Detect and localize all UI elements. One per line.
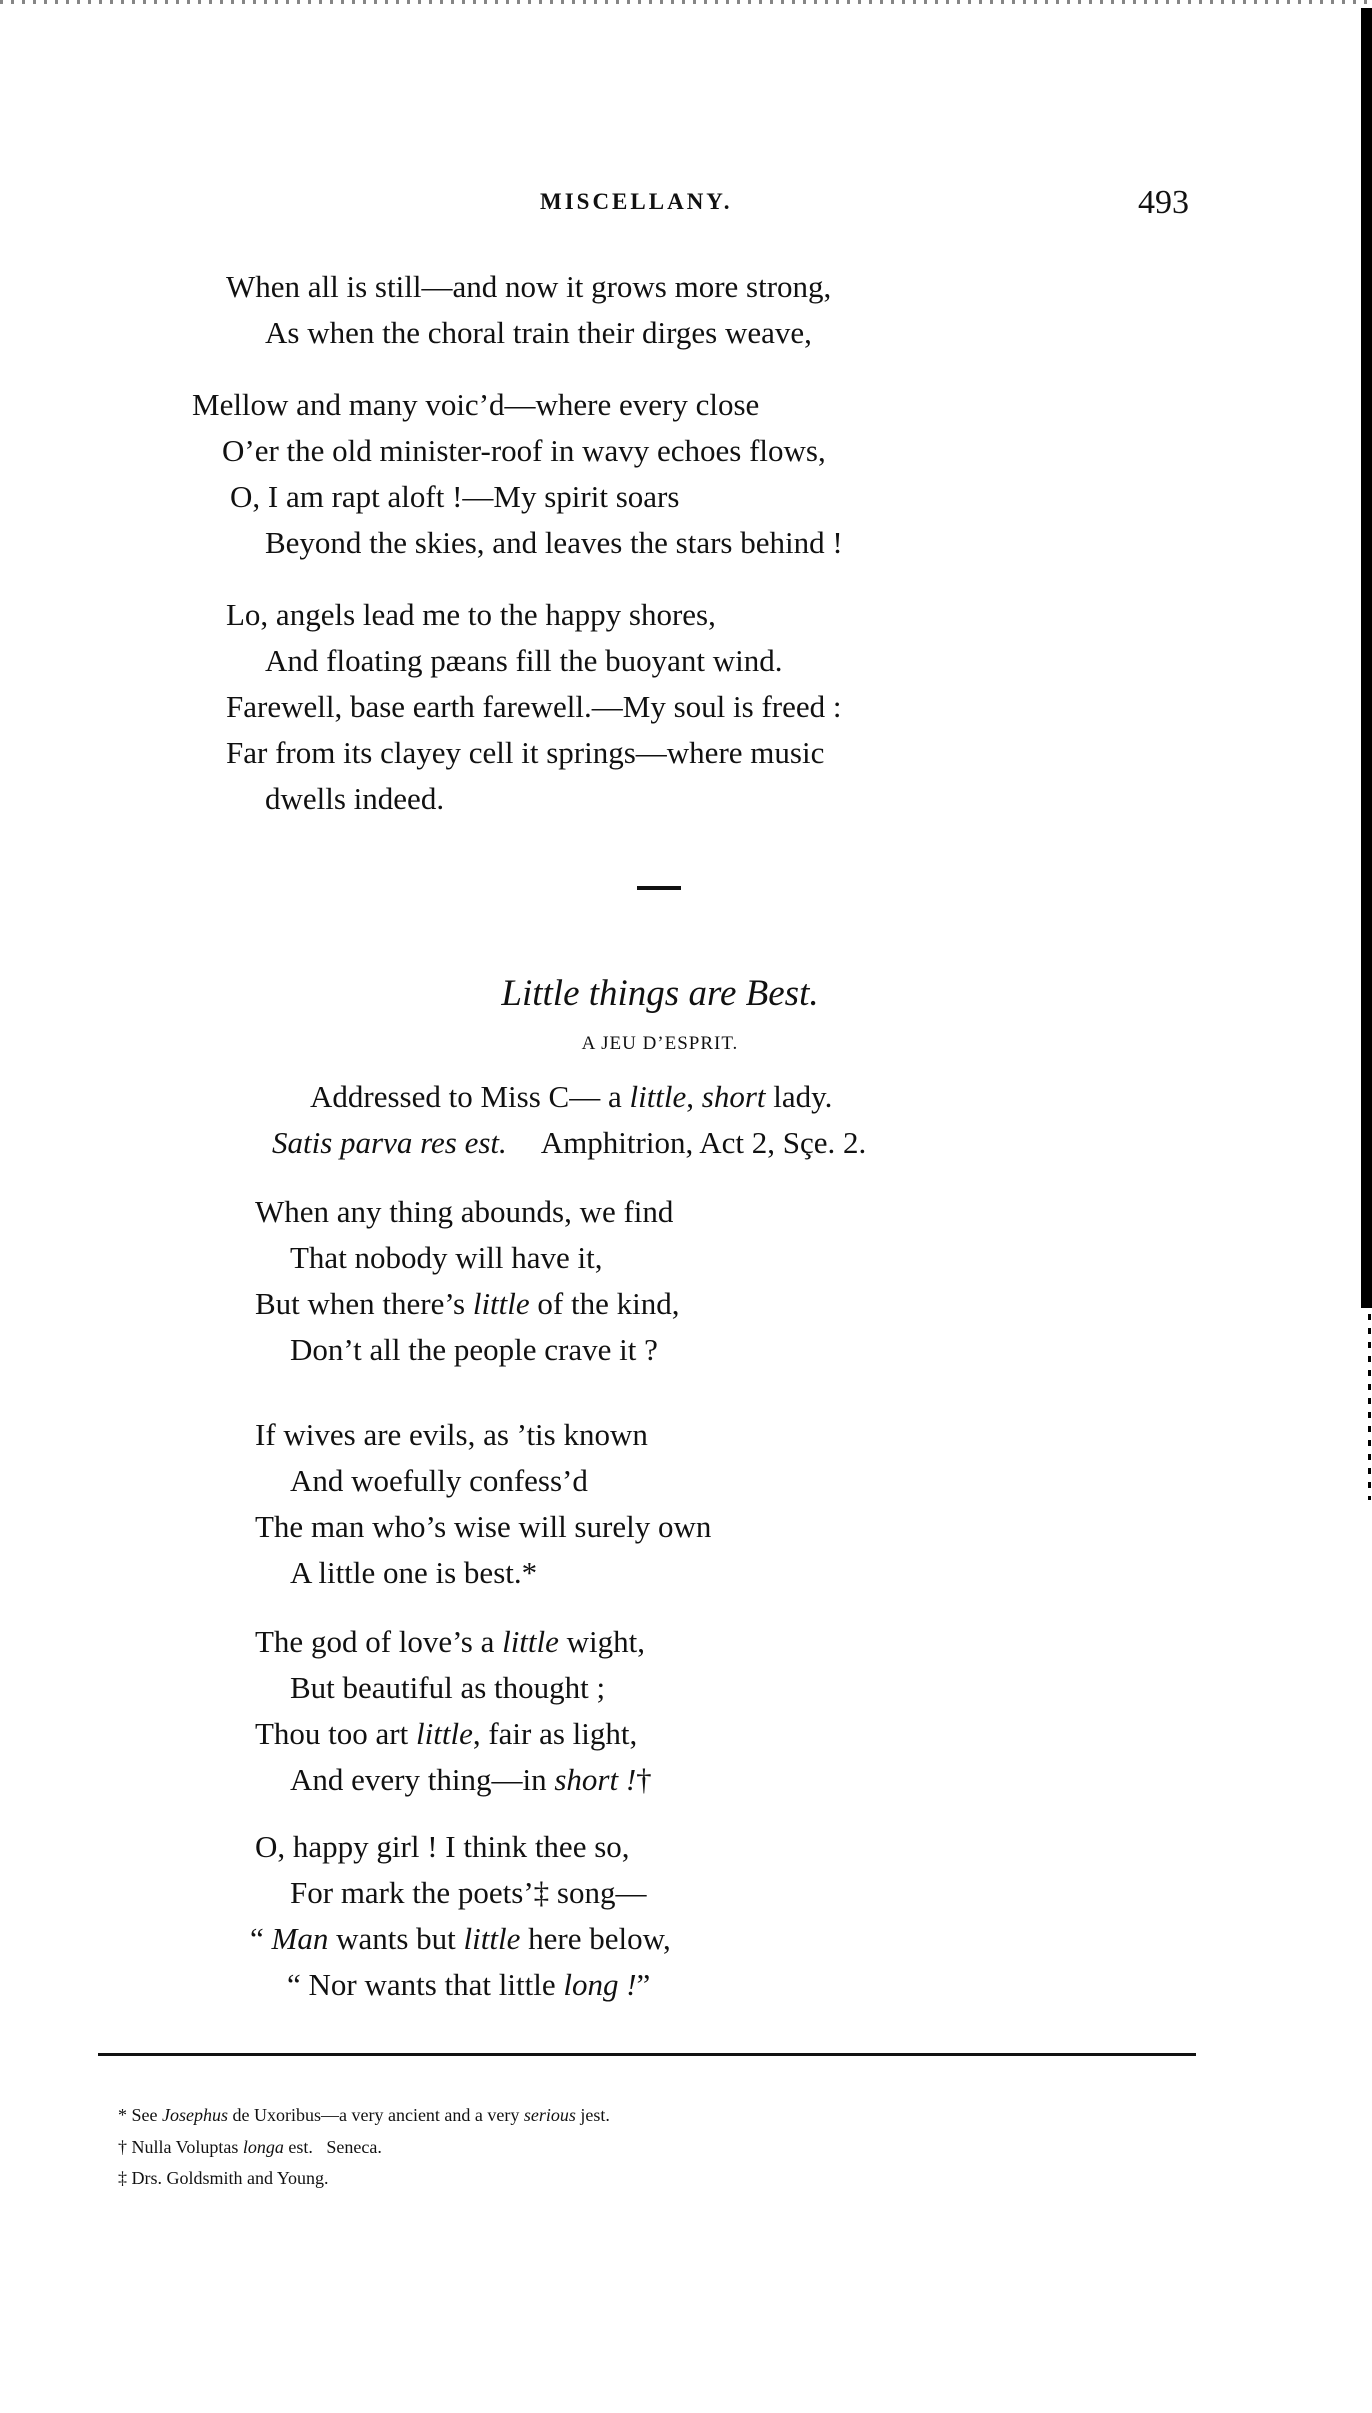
verse-text: But beautiful as thought ;: [290, 1670, 605, 1705]
verse-text: of the kind,: [530, 1286, 680, 1321]
emphasis-text: Josephus: [162, 2105, 228, 2125]
section-divider: [637, 886, 681, 890]
verse-line: But when there’s little of the kind,: [255, 1288, 679, 1319]
footnote-text: de Uxoribus—a very ancient and a very: [228, 2105, 524, 2125]
verse-text: Don’t all the people crave it ?: [290, 1332, 658, 1367]
epigraph-quote: Satis parva res est.: [272, 1125, 507, 1160]
footnote-text: est. Seneca.: [284, 2137, 382, 2157]
footnote-mark: †: [118, 2137, 127, 2157]
dedication-text: lady.: [766, 1079, 833, 1114]
verse-text: And woefully confess’d: [290, 1463, 588, 1498]
verse-text: But when there’s: [255, 1286, 473, 1321]
page-top-edge: [0, 0, 1372, 4]
verse-line: O, I am rapt aloft !—My spirit soars: [230, 481, 679, 512]
emphasis-text: Man: [272, 1921, 329, 1956]
page-right-edge-shadow: [1361, 8, 1372, 1308]
verse-text: If wives are evils, as ’tis known: [255, 1417, 648, 1452]
verse-line: That nobody will have it,: [290, 1242, 603, 1273]
verse-line: The god of love’s a little wight,: [255, 1626, 645, 1657]
dedication-text: ,: [686, 1079, 702, 1114]
footnote: ‡ Drs. Goldsmith and Young.: [118, 2169, 329, 2187]
verse-line: A little one is best.*: [290, 1557, 537, 1588]
verse-line: dwells indeed.: [265, 783, 444, 814]
footnote-text: See: [127, 2105, 162, 2125]
verse-line: When all is still—and now it grows more …: [226, 271, 831, 302]
epigraph: Satis parva res est.Amphitrion, Act 2, S…: [272, 1127, 866, 1158]
running-head: MISCELLANY.: [540, 190, 733, 213]
emphasis-text: little: [473, 1286, 530, 1321]
verse-line: O, happy girl ! I think thee so,: [255, 1831, 630, 1862]
footnote-text: jest.: [576, 2105, 610, 2125]
dedication-emphasis: short: [702, 1079, 766, 1114]
emphasis-text: long !: [563, 1967, 636, 2002]
verse-line: When any thing abounds, we find: [255, 1196, 673, 1227]
verse-line: Thou too art little, fair as light,: [255, 1718, 637, 1749]
emphasis-text: serious: [524, 2105, 576, 2125]
verse-line: Beyond the skies, and leaves the stars b…: [265, 527, 843, 558]
verse-line: But beautiful as thought ;: [290, 1672, 605, 1703]
verse-line: Farewell, base earth farewell.—My soul i…: [226, 691, 841, 722]
verse-text: here below,: [520, 1921, 670, 1956]
emphasis-text: little: [464, 1921, 521, 1956]
verse-text: The god of love’s a: [255, 1624, 502, 1659]
footnote-mark: *: [118, 2105, 127, 2125]
footnote: * See Josephus de Uxoribus—a very ancien…: [118, 2106, 610, 2124]
verse-line: And woefully confess’d: [290, 1465, 588, 1496]
verse-line: If wives are evils, as ’tis known: [255, 1419, 648, 1450]
emphasis-text: short !: [554, 1762, 636, 1797]
verse-line: Mellow and many voic’d—where every close: [192, 389, 759, 420]
verse-line: For mark the poets’‡ song—: [290, 1877, 646, 1908]
verse-line: The man who’s wise will surely own: [255, 1511, 711, 1542]
footnote-text: Nulla Voluptas: [127, 2137, 243, 2157]
verse-line: Far from its clayey cell it springs—wher…: [226, 737, 824, 768]
emphasis-text: little: [502, 1624, 559, 1659]
verse-text: That nobody will have it,: [290, 1240, 603, 1275]
verse-text: “ Nor wants that little: [287, 1967, 563, 2002]
footnote-rule: [98, 2053, 1196, 2056]
footnote: † Nulla Voluptas longa est. Seneca.: [118, 2138, 382, 2156]
verse-text: The man who’s wise will surely own: [255, 1509, 711, 1544]
verse-text: When any thing abounds, we find: [255, 1194, 673, 1229]
page-number: 493: [1138, 186, 1189, 220]
dedication-emphasis: little: [629, 1079, 686, 1114]
poem-title: Little things are Best.: [0, 975, 1320, 1012]
page-right-edge-fade: [1368, 1300, 1371, 1500]
verse-line: Don’t all the people crave it ?: [290, 1334, 658, 1365]
verse-text: O, happy girl ! I think thee so,: [255, 1829, 630, 1864]
verse-line: As when the choral train their dirges we…: [265, 317, 812, 348]
epigraph-source: Amphitrion, Act 2, Sçe. 2.: [541, 1125, 866, 1160]
verse-text: †: [636, 1762, 652, 1797]
verse-line: “ Man wants but little here below,: [250, 1923, 671, 1954]
verse-line: O’er the old minister-roof in wavy echoe…: [222, 435, 826, 466]
footnote-mark: ‡: [118, 2168, 127, 2188]
verse-line: “ Nor wants that little long !”: [287, 1969, 650, 2000]
verse-text: A little one is best.*: [290, 1555, 537, 1590]
dedication-text: Addressed to Miss C— a: [310, 1079, 629, 1114]
poem-subtitle: A JEU D’ESPRIT.: [0, 1034, 1320, 1053]
emphasis-text: little: [416, 1716, 473, 1751]
verse-text: And every thing—in: [290, 1762, 554, 1797]
verse-text: “: [250, 1921, 272, 1956]
verse-text: For mark the poets’‡ song—: [290, 1875, 646, 1910]
verse-text: wight,: [559, 1624, 645, 1659]
footnote-text: Drs. Goldsmith and Young.: [127, 2168, 329, 2188]
verse-line: And every thing—in short !†: [290, 1764, 652, 1795]
verse-line: And floating pæans fill the buoyant wind…: [265, 645, 782, 676]
verse-text: ”: [637, 1967, 651, 2002]
verse-text: wants but: [328, 1921, 463, 1956]
dedication-line: Addressed to Miss C— a little, short lad…: [310, 1081, 832, 1112]
verse-text: , fair as light,: [473, 1716, 637, 1751]
book-page: MISCELLANY. 493 When all is still—and no…: [0, 0, 1372, 2413]
emphasis-text: longa: [243, 2137, 284, 2157]
verse-line: Lo, angels lead me to the happy shores,: [226, 599, 716, 630]
verse-text: Thou too art: [255, 1716, 416, 1751]
